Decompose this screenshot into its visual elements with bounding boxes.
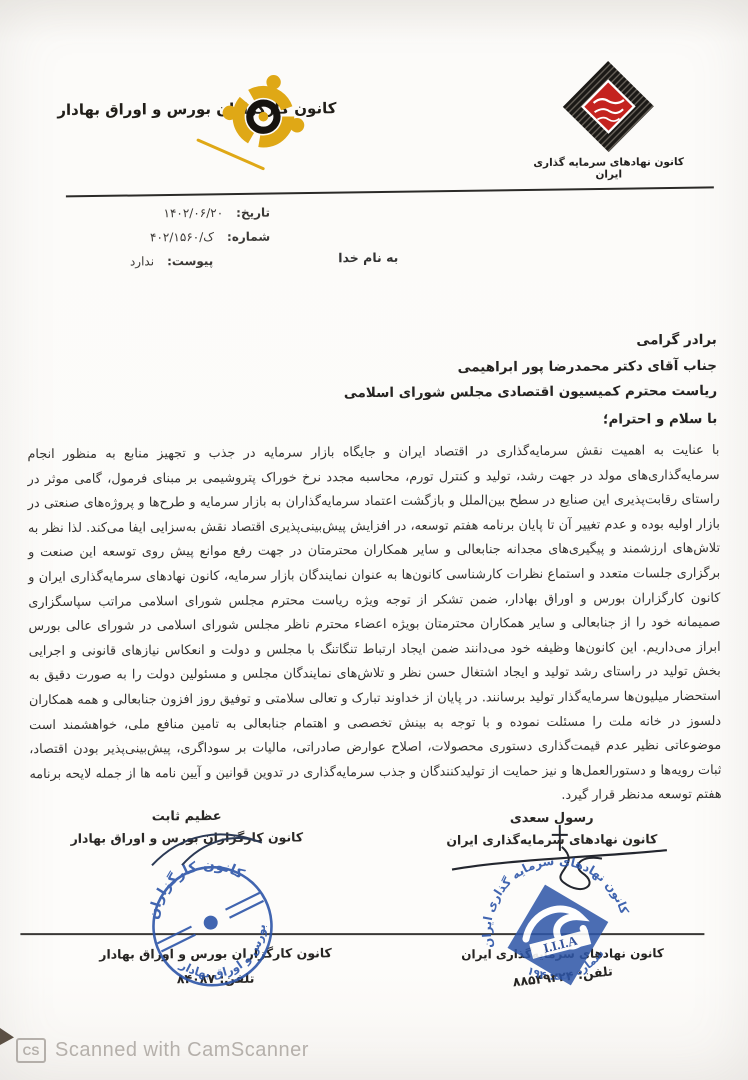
date-row: تاریخ: ۱۴۰۲/۰۶/۲۰ [163,206,270,221]
svg-text:بورس و اوراق بهادار: بورس و اوراق بهادار [173,917,282,998]
recipient-block: برادر گرامی جناب آقای دکتر محمدرضا پور ا… [343,328,717,407]
number-label: شماره: [227,230,270,244]
salutation-text: با سلام و احترام؛ [603,411,717,428]
iia-diamond-logo-icon [562,60,655,153]
scanned-letter-page: کانون کارگزاران بورس و اوراق بهادار [0,0,748,1080]
recipient-line-3: ریاست محترم کمیسیون اقتصادی مجلس شورای ا… [344,379,717,407]
date-value: ۱۴۰۲/۰۶/۲۰ [163,206,223,220]
camscanner-watermark: CS Scanned with CamScanner [16,1038,309,1063]
camscanner-icon: CS [16,1038,46,1063]
date-label: تاریخ: [236,206,270,220]
iia-logo-caption: کانون نهادهای سرمایه گذاری ایران [524,156,694,181]
header-rule [66,186,714,197]
number-row: شماره: ۴۰۲/ک/۱۵۶۰ [150,230,270,245]
recipient-line-2: جناب آقای دکتر محمدرضا پور ابراهیمی [344,353,717,381]
recipient-line-1: برادر گرامی [343,328,716,356]
letter-body: با عنایت به اهمیت نقش سرمایه‌گذاری در اق… [27,439,721,812]
attachment-row: پیوست: ندارد [130,254,213,269]
number-value: ۴۰۲/ک/۱۵۶۰ [150,230,214,244]
brokers-emblem-icon [219,72,308,161]
bismillah-text: به نام خدا [338,250,398,265]
camscanner-text: Scanned with CamScanner [55,1039,309,1062]
attachment-label: پیوست: [167,254,213,268]
stamp-left-bottom-text: بورس و اوراق بهادار [173,917,282,998]
attachment-value: ندارد [130,254,154,268]
letter-content: کانون کارگزاران بورس و اوراق بهادار [0,0,748,1080]
